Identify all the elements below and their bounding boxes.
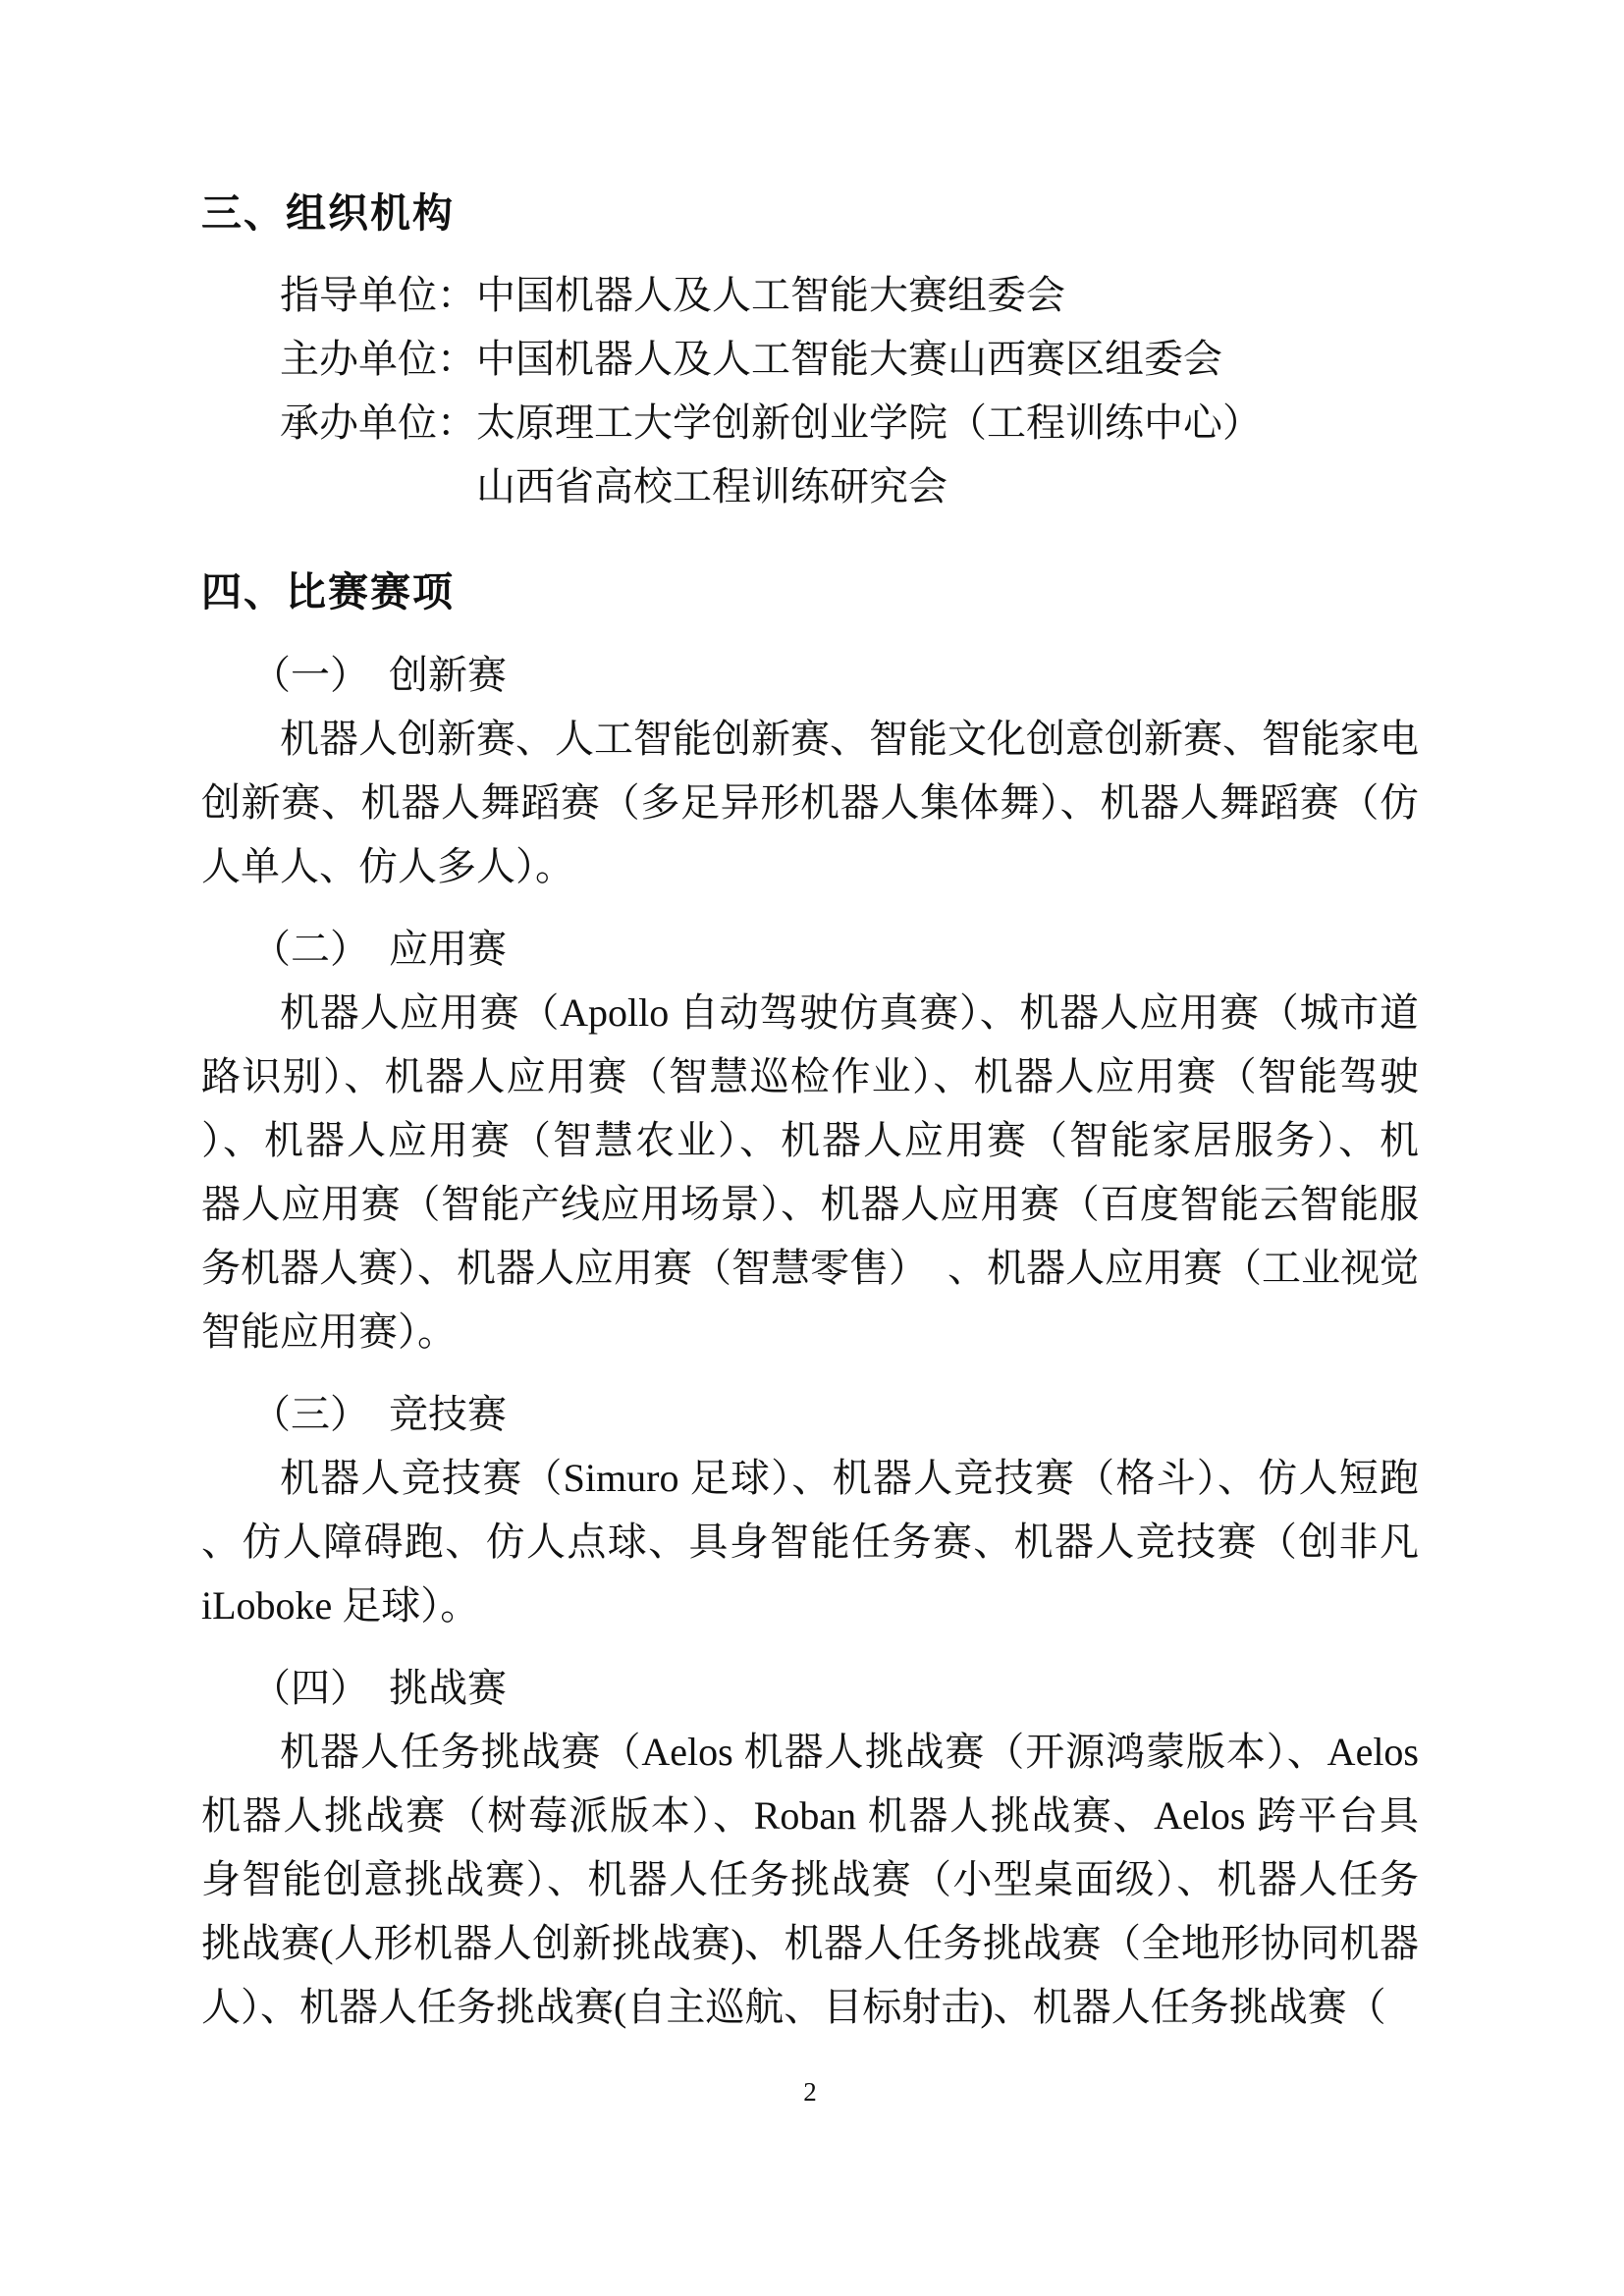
- org-value-line: 山西省高校工程训练研究会: [476, 454, 1262, 518]
- subsection-heading-application: （二） 应用赛: [251, 917, 1419, 981]
- page-content: 三、组织机构 指导单位： 中国机器人及人工智能大赛组委会 主办单位： 中国机器人…: [0, 0, 1624, 2111]
- paragraph-line: 挑战赛(人形机器人创新挑战赛)、机器人任务挑战赛（全地形协同机器: [201, 1911, 1419, 1975]
- paragraph-line: 智能应用赛）。: [201, 1300, 1419, 1363]
- paragraph-line: 人单人、仿人多人）。: [201, 834, 1419, 898]
- org-value: 中国机器人及人工智能大赛组委会: [476, 263, 1065, 327]
- org-value: 太原理工大学创新创业学院（工程训练中心） 山西省高校工程训练研究会: [476, 391, 1262, 518]
- section-heading-events: 四、比赛赛项: [201, 561, 1419, 624]
- org-label: 主办单位：: [280, 327, 476, 391]
- subsection-heading-competitive: （三） 竞技赛: [251, 1382, 1419, 1446]
- org-value: 中国机器人及人工智能大赛山西赛区组委会: [476, 327, 1222, 391]
- paragraph-challenge: 机器人任务挑战赛（Aelos 机器人挑战赛（开源鸿蒙版本）、Aelos 机器人挑…: [201, 1720, 1419, 2039]
- paragraph-line: 务机器人赛）、机器人应用赛（智慧零售） 、机器人应用赛（工业视觉: [201, 1236, 1419, 1300]
- paragraph-line: 创新赛、机器人舞蹈赛（多足异形机器人集体舞）、机器人舞蹈赛（仿: [201, 771, 1419, 834]
- paragraph-line: 机器人竞技赛（Simuro 足球）、机器人竞技赛（格斗）、仿人短跑: [201, 1446, 1419, 1510]
- section-heading-organization: 三、组织机构: [201, 182, 1419, 245]
- subsection-heading-challenge: （四） 挑战赛: [251, 1656, 1419, 1720]
- paragraph-line: 、仿人障碍跑、仿人点球、具身智能任务赛、机器人竞技赛（创非凡: [201, 1510, 1419, 1574]
- org-row-host: 主办单位： 中国机器人及人工智能大赛山西赛区组委会: [280, 327, 1419, 391]
- paragraph-innovation: 机器人创新赛、人工智能创新赛、智能文化创意创新赛、智能家电 创新赛、机器人舞蹈赛…: [201, 707, 1419, 898]
- org-label: 指导单位：: [280, 263, 476, 327]
- subsection-heading-innovation: （一） 创新赛: [251, 643, 1419, 707]
- org-row-guidance: 指导单位： 中国机器人及人工智能大赛组委会: [280, 263, 1419, 327]
- paragraph-line: 身智能创意挑战赛）、机器人任务挑战赛（小型桌面级）、机器人任务: [201, 1847, 1419, 1911]
- org-row-organizer: 承办单位： 太原理工大学创新创业学院（工程训练中心） 山西省高校工程训练研究会: [280, 391, 1419, 518]
- org-label: 承办单位：: [280, 391, 476, 518]
- org-value-line: 太原理工大学创新创业学院（工程训练中心）: [476, 391, 1262, 454]
- paragraph-line: 机器人创新赛、人工智能创新赛、智能文化创意创新赛、智能家电: [201, 707, 1419, 771]
- organization-block: 指导单位： 中国机器人及人工智能大赛组委会 主办单位： 中国机器人及人工智能大赛…: [280, 263, 1419, 518]
- paragraph-line: 器人应用赛（智能产线应用场景）、机器人应用赛（百度智能云智能服: [201, 1172, 1419, 1236]
- paragraph-line: ）、机器人应用赛（智慧农业）、机器人应用赛（智能家居服务）、机: [201, 1108, 1419, 1172]
- paragraph-line: 路识别）、机器人应用赛（智慧巡检作业）、机器人应用赛（智能驾驶: [201, 1044, 1419, 1108]
- paragraph-application: 机器人应用赛（Apollo 自动驾驶仿真赛）、机器人应用赛（城市道 路识别）、机…: [201, 981, 1419, 1363]
- paragraph-line: 机器人挑战赛（树莓派版本）、Roban 机器人挑战赛、Aelos 跨平台具: [201, 1784, 1419, 1847]
- paragraph-line: 人）、机器人任务挑战赛(自主巡航、目标射击)、机器人任务挑战赛（: [201, 1975, 1419, 2039]
- paragraph-line: 机器人应用赛（Apollo 自动驾驶仿真赛）、机器人应用赛（城市道: [201, 981, 1419, 1044]
- paragraph-line: 机器人任务挑战赛（Aelos 机器人挑战赛（开源鸿蒙版本）、Aelos: [201, 1720, 1419, 1784]
- page-number: 2: [201, 2072, 1419, 2111]
- paragraph-competitive: 机器人竞技赛（Simuro 足球）、机器人竞技赛（格斗）、仿人短跑 、仿人障碍跑…: [201, 1446, 1419, 1637]
- document-page: 三、组织机构 指导单位： 中国机器人及人工智能大赛组委会 主办单位： 中国机器人…: [0, 0, 1624, 2296]
- paragraph-line: iLoboke 足球）。: [201, 1574, 1419, 1637]
